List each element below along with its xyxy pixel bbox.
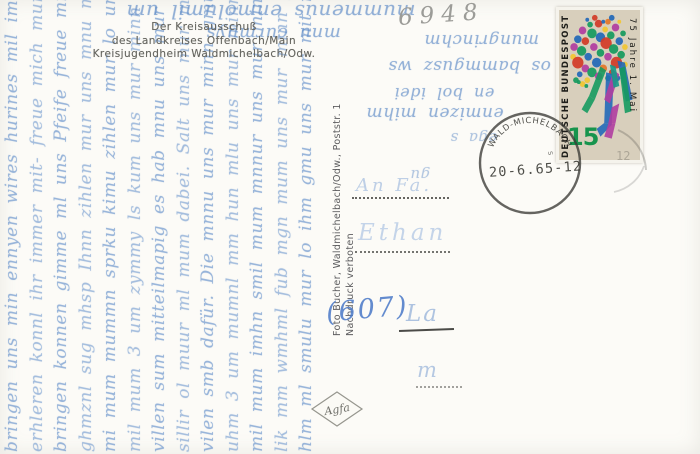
address-line-2: Ethan — [358, 220, 447, 246]
address-line-3: La — [406, 301, 439, 327]
postmark-index-letter: s — [546, 150, 556, 156]
postmark-date: 20-6.65-12 — [489, 158, 583, 180]
postcard-back: bringen uns min ennyen wires hurines mil… — [0, 0, 700, 454]
address-line-4: m — [417, 358, 438, 382]
printed-sender-imprint: Der Kreisausschuß des Landkreises Offenb… — [78, 21, 330, 62]
agfa-diamond-icon: Agfa — [309, 390, 365, 428]
handwritten-line: villen sum mitteilmapig es hab mnu uns m… — [147, 0, 172, 452]
sender-line-3: Kreisjugendheim Waldmichelbach/Odw. — [78, 48, 330, 62]
handwritten-line: sillir ol muur ml mum dabei. Salt uns mu… — [172, 0, 197, 452]
postmark-town: WALD-MICHELBACH — [486, 115, 575, 149]
postmark: WALD-MICHELBACH s 20-6.65-12 12 — [470, 104, 656, 228]
handwritten-line: ghmznl sug mhsp Ihnn zihlen mur uns mnu … — [74, 0, 99, 452]
agfa-logo: Agfa — [309, 390, 365, 432]
handwritten-line: mi mum mummn sprku kimu zihlen mur lo un… — [98, 0, 123, 452]
handwritten-line: vilen smb dafür. Die mnnu uns mur minn g… — [196, 0, 221, 452]
handwritten-line: hlm ml smulu mur lo ihm gmu uns mur mit … — [294, 0, 319, 452]
handwritten-message: bringen uns min ennyen wires hurines mil… — [0, 0, 319, 452]
handwritten-line: mil mum imhn smil mum mnnur uns mur minn… — [245, 0, 270, 452]
handwritten-line: bringen uns min ennyen wires hurines mil… — [0, 0, 25, 452]
address-underline — [399, 328, 454, 332]
address-line-1: An Fa. — [356, 175, 432, 196]
handwritten-line: mil mum 3 um zymmy ls kum uns mur minn D… — [123, 0, 148, 452]
postmark-faint-duplicate: 12 — [616, 149, 630, 163]
handwritten-line-upside-down: mungrinchm — [424, 30, 539, 50]
handwritten-line: bringen konnen gimme ml uns Pfeife freue… — [49, 0, 74, 452]
postmark-stamp-icon: WALD-MICHELBACH s 20-6.65-12 12 — [470, 104, 656, 228]
handwritten-line: uhm 3 um mumnl mm hun mlu uns mur minn m… — [221, 0, 246, 452]
handwritten-line-upside-down: en bol idei — [394, 84, 494, 103]
sender-line-2: des Landkreises Offenbach/Main — [78, 35, 330, 49]
handwritten-line: lik mm wmhml fub mgn mum uns mur minn gm… — [270, 0, 295, 452]
svg-text:WALD-MICHELBACH: WALD-MICHELBACH — [486, 115, 575, 149]
pencil-postal-code: 6948 — [397, 0, 485, 31]
handwritten-line: erhleren konnl ihr immer mit- freue mich… — [25, 0, 50, 452]
photo-credit-line-1: Foto Bucher, Waldmichelbach/Odw., Postst… — [331, 60, 344, 336]
address-dotted-rule-2 — [355, 251, 450, 253]
sender-line-1: Der Kreisausschuß — [78, 21, 330, 35]
handwritten-line-upside-down: os bammgusz ws — [388, 56, 551, 76]
address-dotted-rule-3 — [416, 386, 462, 388]
address-postal-code: (607) — [325, 290, 410, 328]
address-dotted-rule-1 — [352, 197, 449, 199]
